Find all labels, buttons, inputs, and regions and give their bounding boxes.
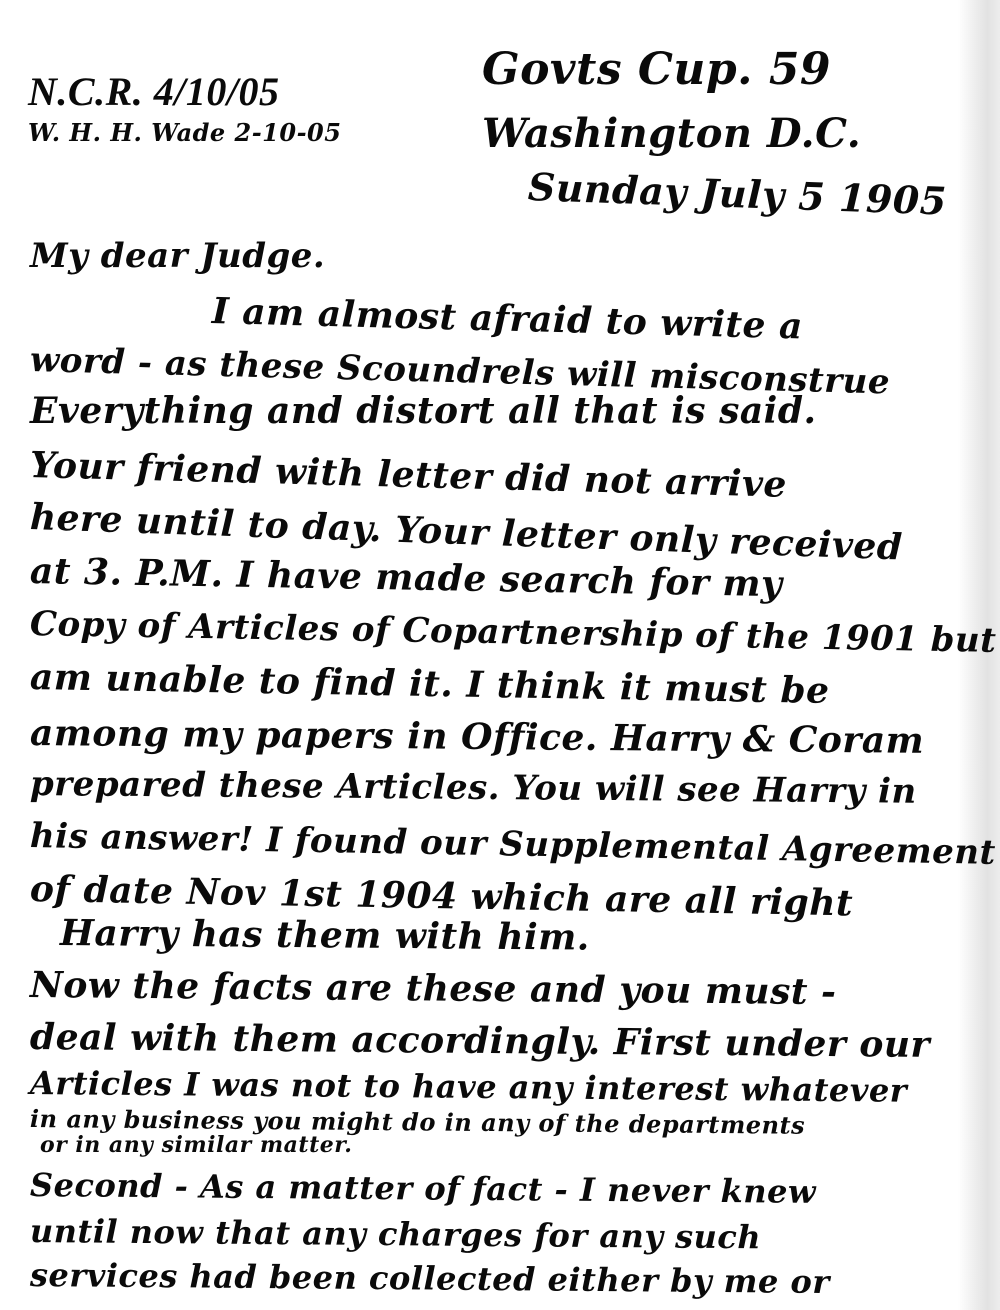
body-line: Now the facts are these and you must - — [30, 964, 837, 1013]
body-line: Harry has them with him. — [60, 912, 590, 959]
body-line: or in any similar matter. — [40, 1132, 352, 1158]
received-note: W. H. H. Wade 2-10-05 — [28, 118, 341, 147]
body-line: deal with them accordingly. First under … — [30, 1016, 930, 1066]
body-line: Your friend with letter did not arrive — [29, 444, 787, 506]
body-line: his answer! I found our Supplemental Agr… — [30, 816, 996, 873]
body-line: Second - As a matter of fact - I never k… — [30, 1166, 816, 1211]
salutation: My dear Judge. — [30, 236, 325, 276]
body-line: Articles I was not to have any interest … — [30, 1064, 907, 1110]
body-line: Copy of Articles of Copartnership of the… — [30, 604, 1000, 661]
heading-line-1: Govts Cup. 59 — [482, 44, 831, 95]
body-line: prepared these Articles. You will see Ha… — [30, 764, 917, 812]
date-line: Sunday July 5 1905 — [527, 164, 947, 224]
body-line: among my papers in Office. Harry & Coram — [30, 712, 925, 762]
body-line: Everything and distort all that is said. — [30, 390, 817, 432]
body-line: until now that any charges for any such — [30, 1212, 761, 1256]
body-line: am unable to find it. I think it must be — [30, 656, 830, 712]
reference-mark: N.C.R. 4/10/05 — [28, 68, 279, 115]
heading-line-2: Washington D.C. — [482, 110, 861, 157]
body-line: services had been collected either by me… — [30, 1256, 830, 1301]
body-line: I am almost afraid to write a — [211, 290, 803, 347]
